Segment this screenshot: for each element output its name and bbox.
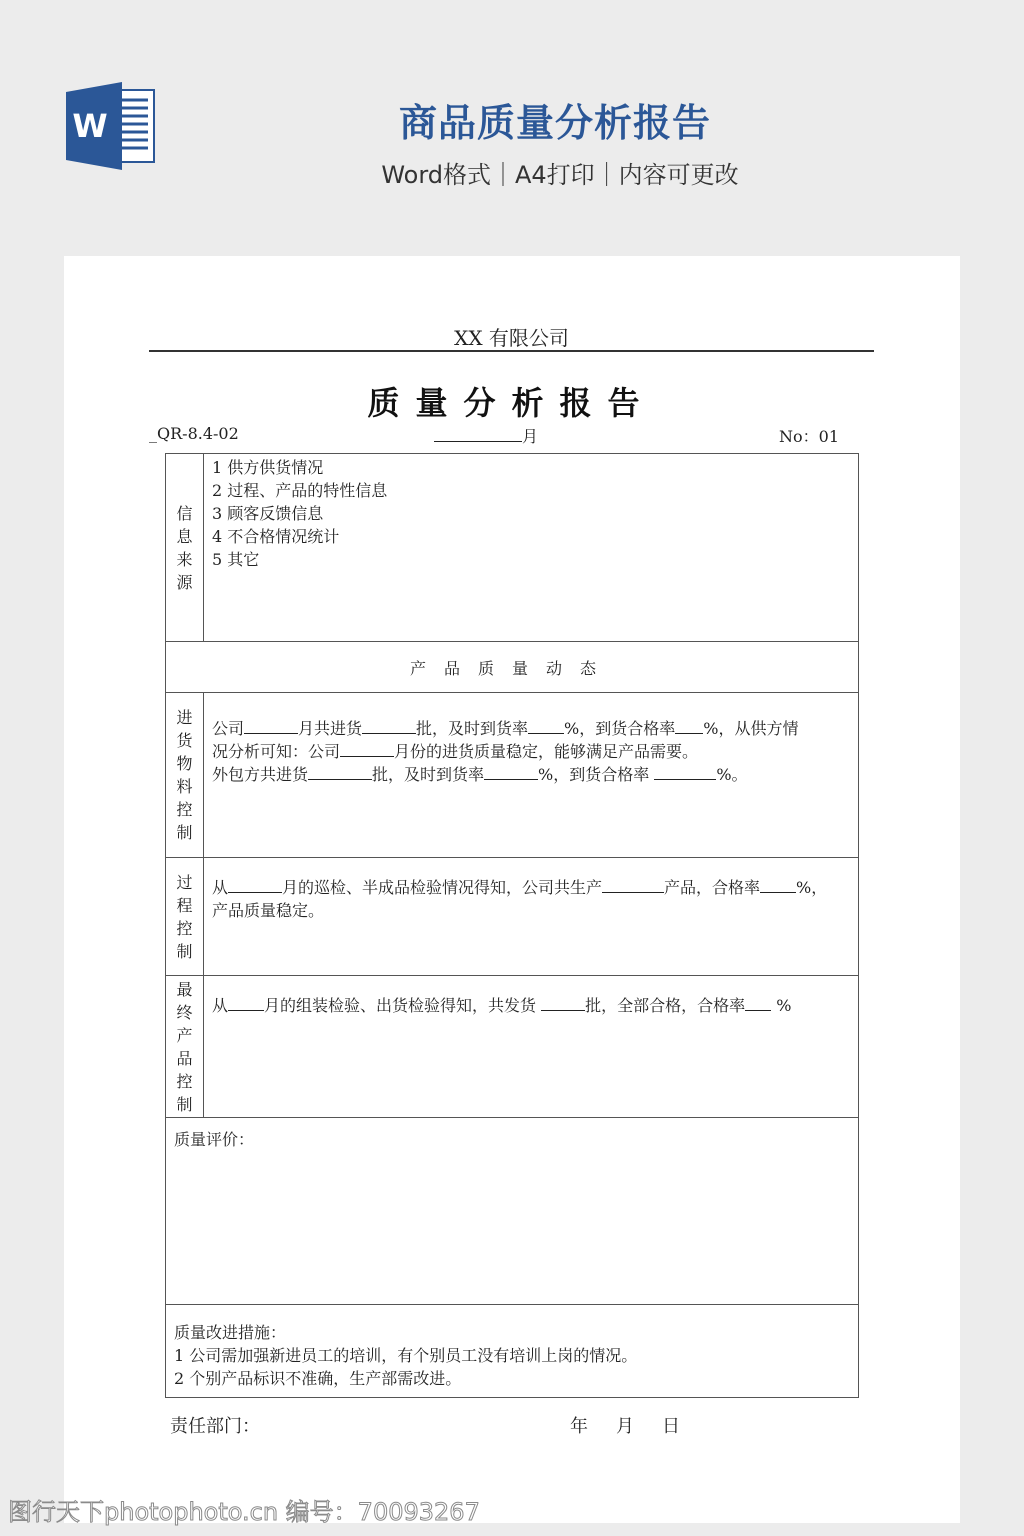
month-label: 月 [616, 1416, 634, 1437]
row-quality-dynamic-header: 产品质量动态 [166, 642, 859, 693]
document-number: No：01 [779, 424, 839, 447]
quality-improvement-field[interactable]: 质量改进措施： 1 公司需加强新进员工的培训，有个别员工没有培训上岗的情况。 2… [166, 1305, 859, 1398]
list-item: 5 其它 [212, 548, 850, 571]
report-table: 信 息 来 源 1 供方供货情况 2 过程、产品的特性信息 3 顾客反馈信息 4… [165, 453, 859, 1398]
banner-title: 商品质量分析报告 [300, 92, 810, 147]
header-divider [149, 350, 874, 352]
blank-field[interactable] [760, 877, 796, 893]
blank-field[interactable] [340, 741, 394, 757]
incoming-line-1: 公司月共进货批，及时到货率%，到货合格率%，从供方情 [212, 717, 850, 740]
month-label: 月 [522, 427, 538, 446]
process-control-text: 从月的巡检、半成品检验情况得知，公司共生产产品，合格率%， 产品质量稳定。 [204, 858, 859, 976]
section-header: 产品质量动态 [166, 642, 859, 693]
incoming-line-3: 外包方共进货批，及时到货率%，到货合格率 %。 [212, 763, 850, 786]
responsible-department-label: 责任部门： [170, 1412, 260, 1438]
row-quality-improvement: 质量改进措施： 1 公司需加强新进员工的培训，有个别员工没有培训上岗的情况。 2… [166, 1305, 859, 1398]
document-meta: _QR-8.4-02 月 No：01 [149, 424, 839, 446]
process-line-1: 从月的巡检、半成品检验情况得知，公司共生产产品，合格率%， [212, 876, 850, 899]
list-item: 1 供方供货情况 [212, 456, 850, 479]
blank-field[interactable] [541, 995, 585, 1011]
blank-field[interactable] [228, 995, 264, 1011]
blank-field[interactable] [602, 877, 664, 893]
blank-field[interactable] [308, 764, 372, 780]
blank-field[interactable] [654, 764, 716, 780]
final-product-text: 从月的组装检验、出货检验得知，共发货 批，全部合格，合格率 % [204, 976, 859, 1118]
blank-field[interactable] [675, 718, 703, 734]
label-info-source: 信 息 来 源 [166, 454, 204, 642]
list-item: 2 过程、产品的特性信息 [212, 479, 850, 502]
label-process-control: 过 程 控 制 [166, 858, 204, 976]
date-field: 年月日 [570, 1412, 708, 1438]
watermark: 图行天下photophoto.cn 编号：70093267 [8, 1492, 480, 1527]
row-incoming-material: 进 货 物 料 控 制 公司月共进货批，及时到货率%，到货合格率%，从供方情 况… [166, 693, 859, 858]
list-item: 3 顾客反馈信息 [212, 502, 850, 525]
row-process-control: 过 程 控 制 从月的巡检、半成品检验情况得知，公司共生产产品，合格率%， 产品… [166, 858, 859, 976]
blank-field[interactable] [528, 718, 564, 734]
incoming-line-2: 况分析可知：公司月份的进货质量稳定，能够满足产品需要。 [212, 740, 850, 763]
info-source-list: 1 供方供货情况 2 过程、产品的特性信息 3 顾客反馈信息 4 不合格情况统计… [204, 454, 859, 642]
blank-field[interactable] [484, 764, 538, 780]
label-final-product-control: 最 终 产 品 控 制 [166, 976, 204, 1118]
word-document-icon: W [66, 82, 156, 170]
process-line-2: 产品质量稳定。 [212, 899, 850, 922]
quality-evaluation-label: 质量评价： [174, 1128, 850, 1151]
svg-text:W: W [72, 107, 107, 145]
blank-field[interactable] [362, 718, 416, 734]
row-info-source: 信 息 来 源 1 供方供货情况 2 过程、产品的特性信息 3 顾客反馈信息 4… [166, 454, 859, 642]
quality-improvement-label: 质量改进措施： [174, 1321, 850, 1344]
list-item: 1 公司需加强新进员工的培训，有个别员工没有培训上岗的情况。 [174, 1344, 850, 1367]
final-line-1: 从月的组装检验、出货检验得知，共发货 批，全部合格，合格率 % [212, 994, 850, 1017]
list-item: 4 不合格情况统计 [212, 525, 850, 548]
year-label: 年 [570, 1416, 588, 1437]
document-title: 质量分析报告 [149, 378, 874, 424]
blank-field[interactable] [228, 877, 282, 893]
incoming-material-text: 公司月共进货批，及时到货率%，到货合格率%，从供方情 况分析可知：公司月份的进货… [204, 693, 859, 858]
document-page: XX 有限公司 质量分析报告 _QR-8.4-02 月 No：01 信 息 来 … [64, 256, 960, 1523]
document-code: _QR-8.4-02 [149, 424, 239, 443]
company-name: XX 有限公司 [149, 322, 874, 351]
quality-evaluation-field[interactable]: 质量评价： [166, 1118, 859, 1305]
blank-field[interactable] [745, 995, 771, 1011]
banner-subtitle: Word格式｜A4打印｜内容可更改 [300, 155, 820, 190]
label-incoming-material: 进 货 物 料 控 制 [166, 693, 204, 858]
row-quality-evaluation: 质量评价： [166, 1118, 859, 1305]
day-label: 日 [662, 1416, 680, 1437]
month-blank[interactable] [434, 426, 522, 442]
list-item: 2 个别产品标识不准确，生产部需改进。 [174, 1367, 850, 1390]
blank-field[interactable] [244, 718, 298, 734]
row-final-product-control: 最 终 产 品 控 制 从月的组装检验、出货检验得知，共发货 批，全部合格，合格… [166, 976, 859, 1118]
month-field[interactable]: 月 [434, 424, 538, 447]
